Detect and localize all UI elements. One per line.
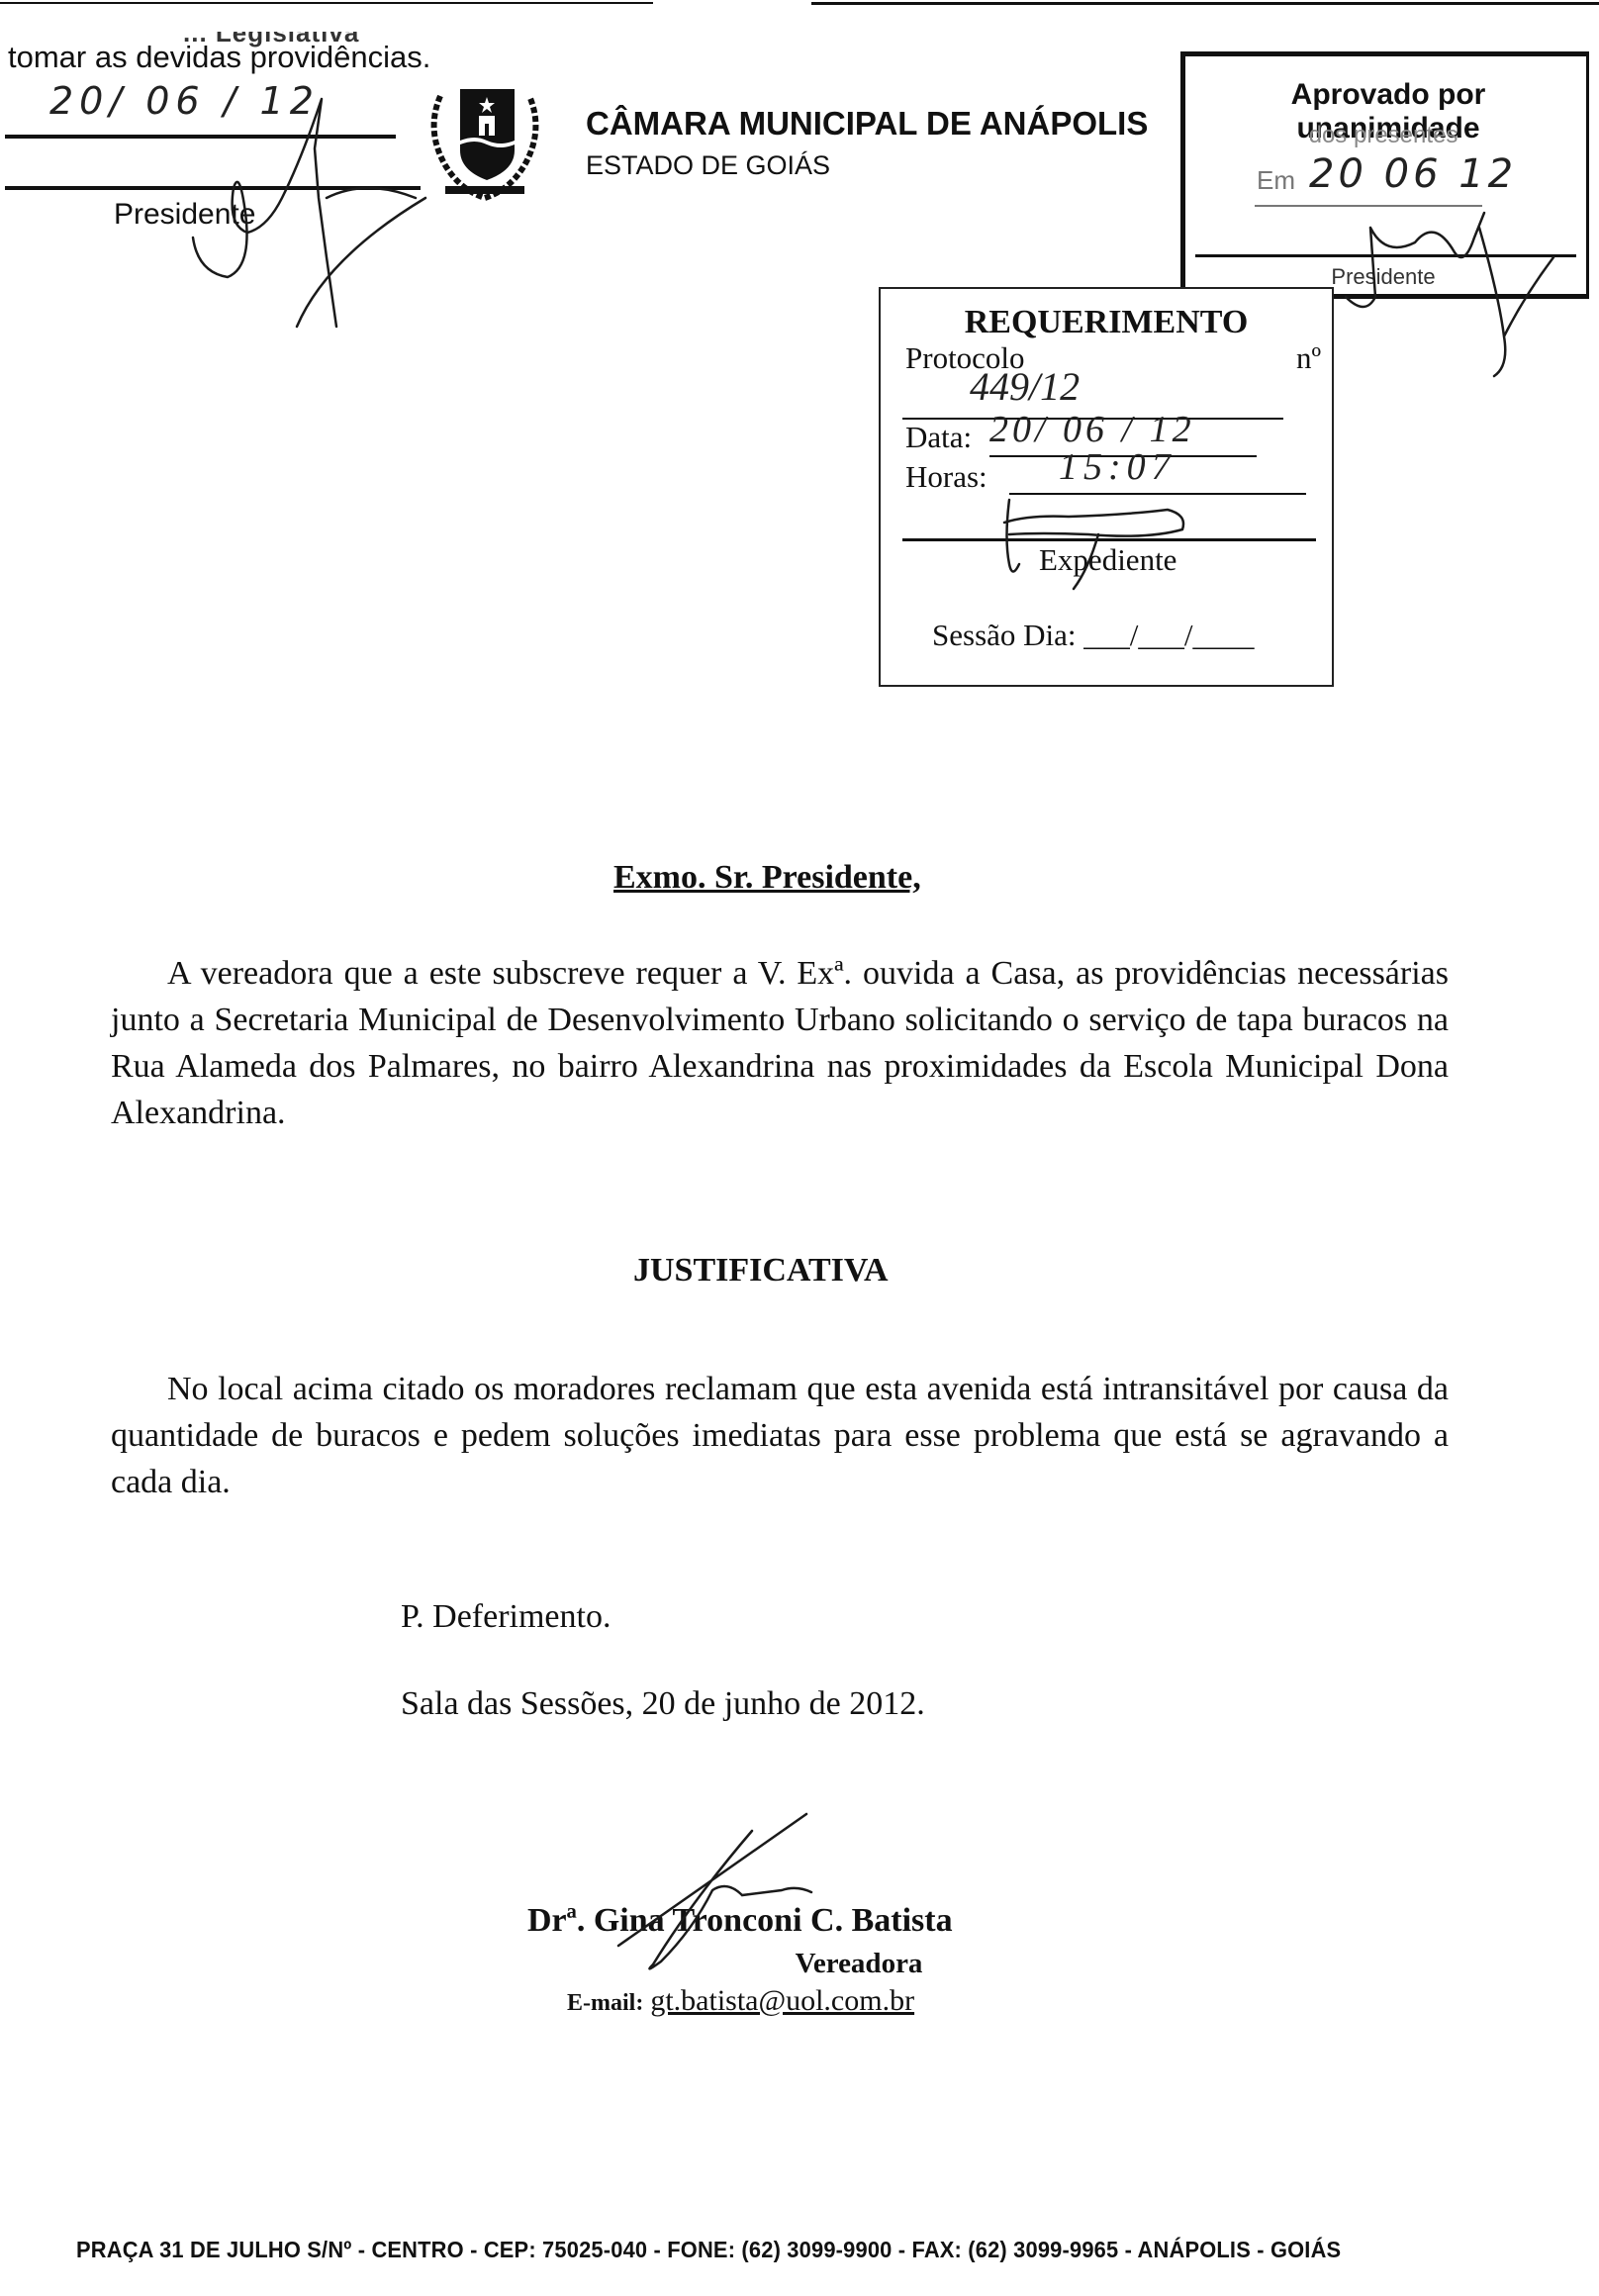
closing-text: P. Deferimento. — [401, 1598, 611, 1636]
approval-signature-line — [1195, 254, 1576, 257]
approval-subtitle: dos presentes — [1185, 122, 1581, 149]
protocol-stamp: REQUERIMENTO Protocolo nº 449/12 Data: 2… — [879, 287, 1334, 687]
organization-title: CÂMARA MUNICIPAL DE ANÁPOLIS — [586, 105, 1148, 143]
dispatch-signature-label: Presidente — [114, 198, 255, 232]
dispatch-line — [5, 186, 421, 190]
request-paragraph: A vereadora que a este subscreve requer … — [111, 950, 1449, 1136]
approval-date-line — [1255, 205, 1482, 207]
email-link[interactable]: gt.batista@uol.com.br — [650, 1984, 914, 2017]
justification-paragraph-text: No local acima citado os moradores recla… — [111, 1366, 1449, 1505]
place-date-text: Sala das Sessões, 20 de junho de 2012. — [401, 1685, 925, 1723]
protocol-title: REQUERIMENTO — [881, 304, 1332, 341]
signatory-role: Vereadora — [0, 1948, 1599, 1980]
session-date-value: ___/___/____ — [1083, 618, 1254, 652]
dispatch-line — [5, 135, 396, 139]
dispatch-note: tomar as devidas providências. — [8, 40, 430, 75]
dispatch-note-text: tomar as devidas providências. — [8, 40, 430, 74]
approval-stamp: Aprovado por unanimidade dos presentes E… — [1180, 51, 1589, 299]
organization-subtitle: ESTADO DE GOIÁS — [586, 150, 830, 181]
request-paragraph-text: A vereadora que a este subscreve requer … — [111, 950, 1449, 1136]
coat-of-arms-icon — [416, 71, 554, 205]
vereadora-signature-icon — [618, 1814, 811, 1968]
protocol-time-line — [1009, 493, 1306, 495]
protocol-session-label: Sessão Dia: ___/___/____ — [932, 618, 1255, 653]
approval-date-label: Em — [1257, 165, 1295, 196]
email-label: E-mail: — [567, 1990, 643, 2016]
scan-edge-line — [811, 2, 1599, 5]
dispatch-handwritten-date: 20/ 06 / 12 — [49, 79, 320, 123]
protocol-number-label: nº — [1296, 340, 1321, 376]
scan-edge-line — [0, 2, 653, 4]
protocol-signature-line — [902, 538, 1316, 541]
greeting-heading: Exmo. Sr. Presidente, — [613, 859, 921, 897]
protocol-date-label: Data: — [905, 420, 972, 455]
signatory-email: E-mail: gt.batista@uol.com.br — [567, 1984, 914, 2018]
protocol-number-value: 449/12 — [970, 363, 1080, 410]
protocol-time-value: 15:07 — [1059, 445, 1176, 489]
protocol-time-label: Horas: — [905, 459, 988, 495]
session-label-text: Sessão Dia: — [932, 618, 1077, 652]
justification-heading: JUSTIFICATIVA — [633, 1252, 889, 1290]
justification-paragraph: No local acima citado os moradores recla… — [111, 1366, 1449, 1505]
footer-address: PRAÇA 31 DE JULHO S/Nº - CENTRO - CEP: 7… — [76, 2237, 1341, 2263]
signatory-name: Drª. Gina Tronconi C. Batista — [527, 1902, 953, 1940]
approval-date-value: 20 06 12 — [1309, 151, 1517, 197]
protocol-office-label: Expediente — [1039, 542, 1176, 578]
